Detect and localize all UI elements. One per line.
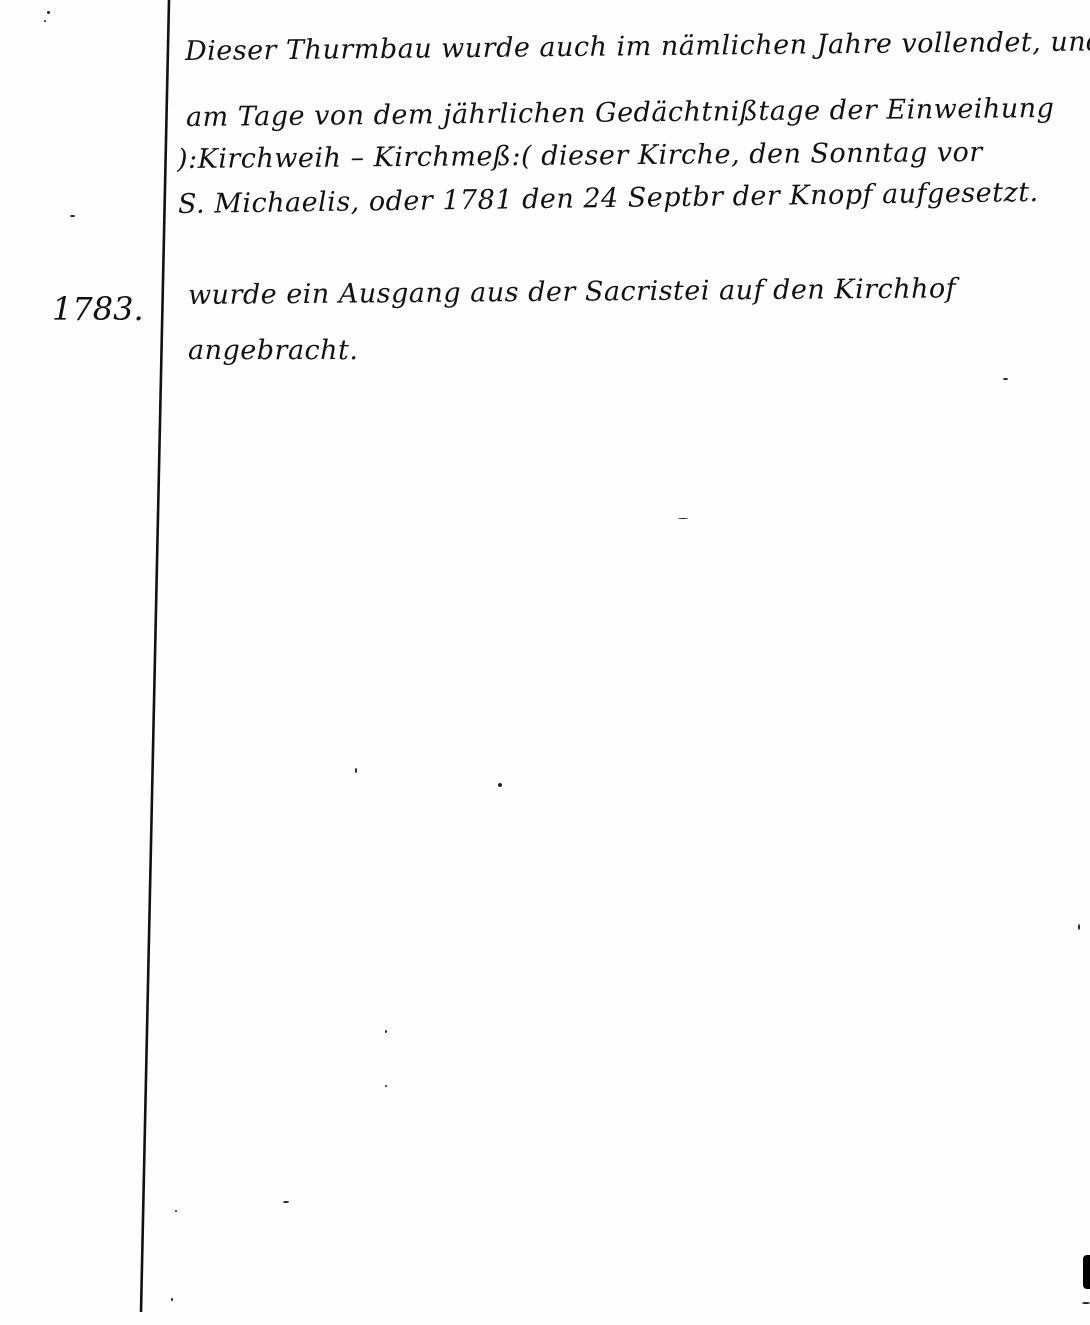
- scan-speck: [1078, 924, 1080, 930]
- scan-speck: [498, 783, 502, 787]
- scan-speck: [283, 1201, 289, 1203]
- paragraph-1-line-3: ):Kirchweih – Kirchmeß:( dieser Kirche, …: [177, 137, 983, 175]
- scan-speck: [70, 215, 75, 217]
- scan-speck: [1082, 1302, 1090, 1304]
- scan-speck: [44, 20, 46, 22]
- scan-speck: [1003, 378, 1008, 380]
- scan-speck: [385, 1030, 387, 1033]
- scan-speck: [678, 518, 688, 519]
- edge-blot: [1083, 1255, 1090, 1289]
- scan-speck: [171, 1298, 173, 1301]
- scan-speck: [175, 1210, 177, 1212]
- margin-year: 1783.: [52, 290, 144, 328]
- scan-speck: [47, 11, 50, 14]
- paragraph-1-line-4: S. Michaelis, oder 1781 den 24 Septbr de…: [178, 177, 1039, 220]
- paragraph-2-line-2: angebracht.: [188, 335, 358, 366]
- scan-speck: [355, 768, 357, 773]
- scan-speck: [385, 1085, 387, 1087]
- paragraph-1-line-2: am Tage von dem jährlichen Gedächtnißtag…: [186, 93, 1055, 133]
- paragraph-1-line-1: Dieser Thurmbau wurde auch im nämlichen …: [185, 26, 1090, 67]
- manuscript-page: Dieser Thurmbau wurde auch im nämlichen …: [0, 0, 1090, 1325]
- paragraph-2-line-1: wurde ein Ausgang aus der Sacristei auf …: [188, 273, 956, 311]
